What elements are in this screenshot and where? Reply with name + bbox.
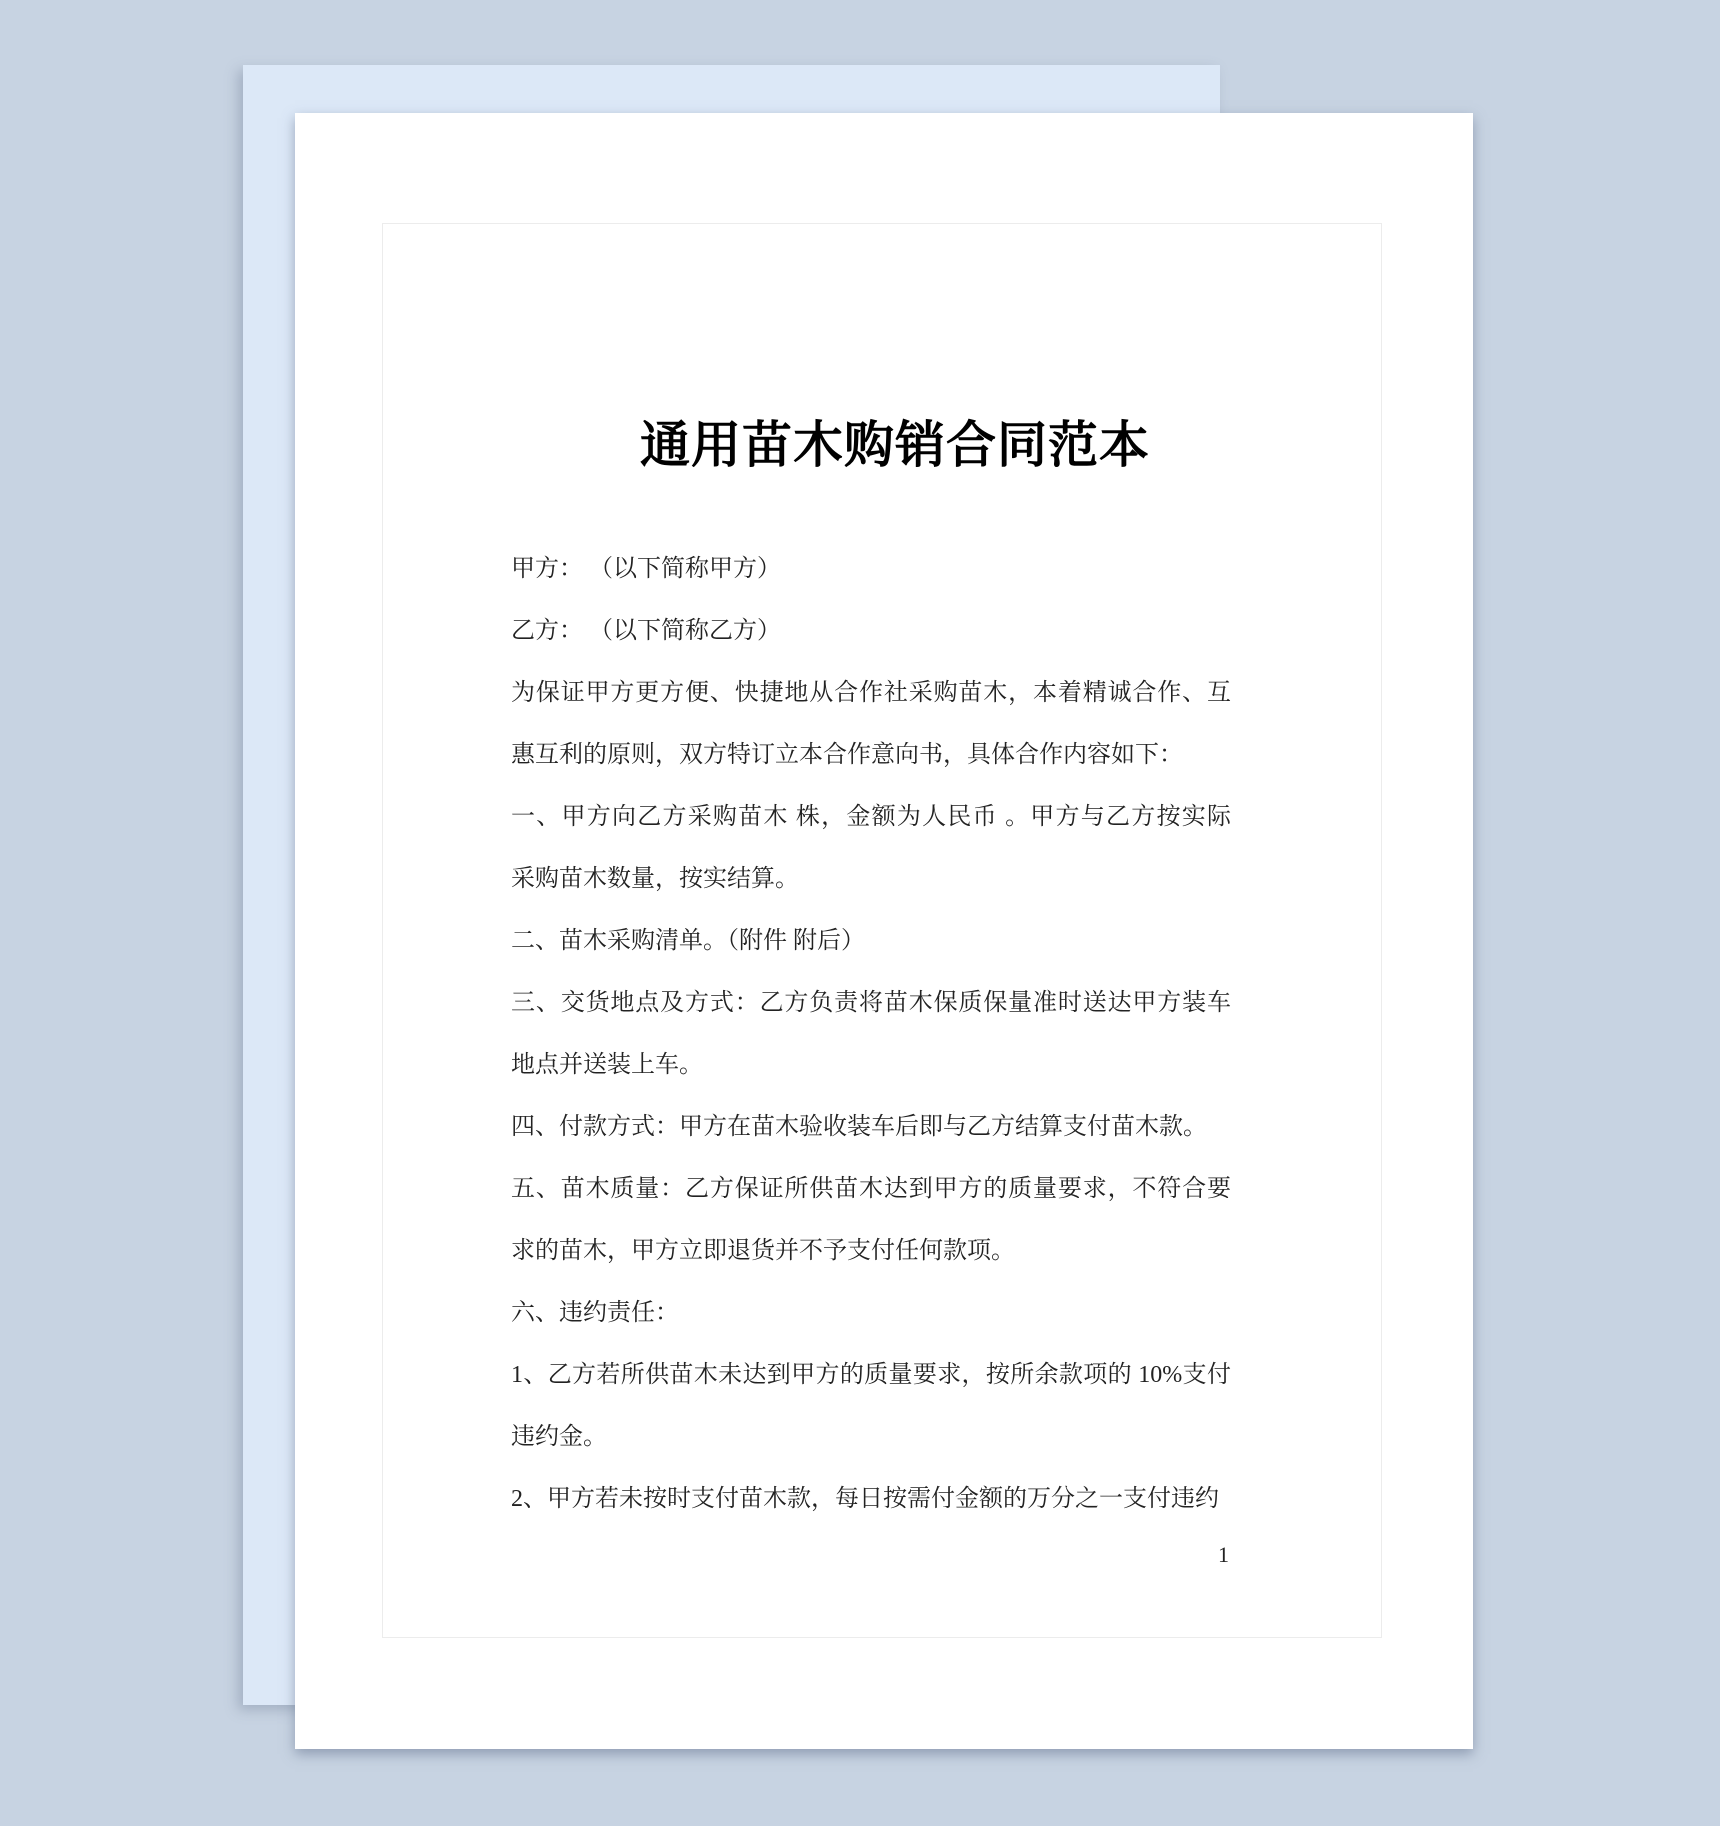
document-line: 采购苗木数量，按实结算。 — [511, 848, 1231, 910]
document-line: 甲方： （以下简称甲方） — [511, 538, 1231, 600]
document-line: 求的苗木，甲方立即退货并不予支付任何款项。 — [511, 1220, 1231, 1282]
content-frame: 通用苗木购销合同范本 甲方： （以下简称甲方）乙方： （以下简称乙方）为保证甲方… — [382, 223, 1382, 1638]
document-line: 一、甲方向乙方采购苗木 株，金额为人民币 。甲方与乙方按实际 — [511, 786, 1231, 848]
document-line: 乙方： （以下简称乙方） — [511, 600, 1231, 662]
document-page: 通用苗木购销合同范本 甲方： （以下简称甲方）乙方： （以下简称乙方）为保证甲方… — [295, 113, 1473, 1749]
document-line: 地点并送装上车。 — [511, 1034, 1231, 1096]
document-line: 惠互利的原则，双方特订立本合作意向书，具体合作内容如下： — [511, 724, 1231, 786]
desktop-background: { "colors":{ "bg":"#c7d3e2", "back-page"… — [0, 0, 1720, 1826]
page-number: 1 — [1218, 1542, 1229, 1568]
document-line: 四、付款方式：甲方在苗木验收装车后即与乙方结算支付苗木款。 — [511, 1096, 1231, 1158]
document-line: 为保证甲方更方便、快捷地从合作社采购苗木，本着精诚合作、互 — [511, 662, 1231, 724]
document-line: 1、乙方若所供苗木未达到甲方的质量要求，按所余款项的 10%支付 — [511, 1344, 1231, 1406]
document-line: 二、苗木采购清单。（附件 附后） — [511, 910, 1231, 972]
document-line: 五、苗木质量：乙方保证所供苗木达到甲方的质量要求，不符合要 — [511, 1158, 1231, 1220]
document-line: 2、甲方若未按时支付苗木款，每日按需付金额的万分之一支付违约 — [511, 1468, 1231, 1530]
document-line: 三、交货地点及方式：乙方负责将苗木保质保量准时送达甲方装车 — [511, 972, 1231, 1034]
document-title: 通用苗木购销合同范本 — [535, 414, 1255, 476]
document-line: 违约金。 — [511, 1406, 1231, 1468]
document-line: 六、违约责任： — [511, 1282, 1231, 1344]
document-body: 甲方： （以下简称甲方）乙方： （以下简称乙方）为保证甲方更方便、快捷地从合作社… — [511, 538, 1231, 1530]
